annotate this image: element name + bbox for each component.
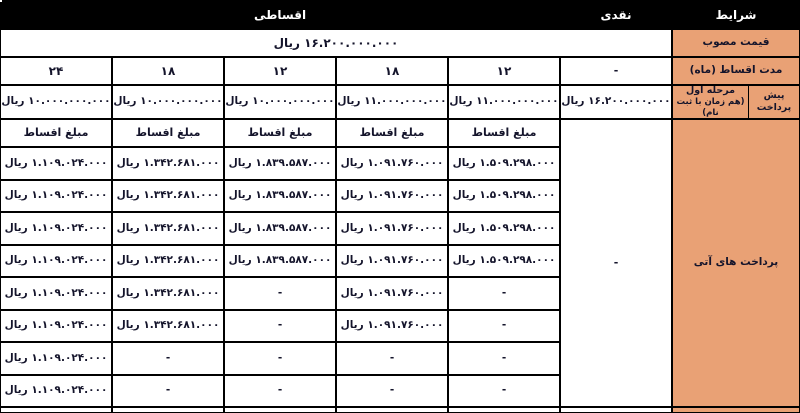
installment-value: ۱.۳۴۲.۶۸۱.۰۰۰ ریال <box>110 212 222 245</box>
duration-label: مدت اقساط (ماه) <box>670 57 798 85</box>
installment-value: ۱.۰۹۱.۷۶۰.۰۰۰ ریال <box>334 277 446 310</box>
installment-value: ۱.۰۹۱.۷۶۰.۰۰۰ ریال <box>334 310 446 343</box>
installment-value: - <box>334 375 446 408</box>
installment-value: - <box>222 277 334 310</box>
installment-value: ۱.۱۰۹.۰۲۴.۰۰۰ ریال <box>0 375 110 408</box>
duration-cash-value: - <box>558 57 670 85</box>
future-payments-label: پرداخت های آتی <box>670 119 798 407</box>
installment-value: ۱.۱۰۹.۰۲۴.۰۰۰ ریال <box>0 147 110 180</box>
stage-line1: مرحله اول <box>684 85 733 97</box>
payment-terms-table: شرایط نقدی اقساطی قیمت مصوب ۱۶.۲۰۰.۰۰۰.۰… <box>0 0 800 411</box>
plan-months: ۱۸ <box>334 57 446 85</box>
down-payment-label: پیش پرداخت <box>746 86 797 118</box>
installment-value: ۱.۸۳۹.۵۸۷.۰۰۰ ریال <box>222 212 334 245</box>
next-row-stub <box>446 407 558 413</box>
installment-value: - <box>110 375 222 408</box>
next-row-stub <box>558 407 670 413</box>
installment-amount-header: مبلغ اقساط <box>334 119 446 147</box>
installment-amount-header: مبلغ اقساط <box>446 119 558 147</box>
plan-months: ۱۲ <box>446 57 558 85</box>
plan-down-payment: ۱۱.۰۰۰.۰۰۰.۰۰۰ ریال <box>334 85 446 119</box>
plan-down-payment: ۱۰.۰۰۰.۰۰۰.۰۰۰ ریال <box>0 85 110 119</box>
approved-price-value: ۱۶.۲۰۰.۰۰۰.۰۰۰ ریال <box>0 29 670 57</box>
conditions-column-header: شرایط <box>670 2 798 29</box>
installment-value: ۱.۱۰۹.۰۲۴.۰۰۰ ریال <box>0 245 110 278</box>
installment-amount-header: مبلغ اقساط <box>110 119 222 147</box>
installment-value: ۱.۳۴۲.۶۸۱.۰۰۰ ریال <box>110 277 222 310</box>
installment-value: - <box>222 342 334 375</box>
next-row-stub <box>0 407 110 413</box>
installment-value: - <box>222 310 334 343</box>
next-row-stub <box>222 407 334 413</box>
installment-value: ۱.۰۹۱.۷۶۰.۰۰۰ ریال <box>334 180 446 213</box>
installment-value: ۱.۳۴۲.۶۸۱.۰۰۰ ریال <box>110 147 222 180</box>
installment-value: ۱.۸۳۹.۵۸۷.۰۰۰ ریال <box>222 245 334 278</box>
installment-value: ۱.۳۴۲.۶۸۱.۰۰۰ ریال <box>110 180 222 213</box>
installment-value: ۱.۱۰۹.۰۲۴.۰۰۰ ریال <box>0 180 110 213</box>
installment-value: ۱.۵۰۹.۲۹۸.۰۰۰ ریال <box>446 180 558 213</box>
next-row-stub <box>110 407 222 413</box>
installment-value: ۱.۱۰۹.۰۲۴.۰۰۰ ریال <box>0 310 110 343</box>
plan-down-payment: ۱۰.۰۰۰.۰۰۰.۰۰۰ ریال <box>222 85 334 119</box>
installment-value: - <box>446 277 558 310</box>
installment-value: - <box>110 342 222 375</box>
installment-value: ۱.۵۰۹.۲۹۸.۰۰۰ ریال <box>446 212 558 245</box>
down-payment-cash-value: ۱۶.۲۰۰.۰۰۰.۰۰۰ ریال <box>558 85 670 119</box>
plan-down-payment: ۱۱.۰۰۰.۰۰۰.۰۰۰ ریال <box>446 85 558 119</box>
stage-line2: (هم زمان با ثبت نام) <box>671 97 746 118</box>
plan-months: ۱۲ <box>222 57 334 85</box>
installment-value: ۱.۳۴۲.۶۸۱.۰۰۰ ریال <box>110 310 222 343</box>
installment-value: - <box>446 342 558 375</box>
installment-value: ۱.۱۰۹.۰۲۴.۰۰۰ ریال <box>0 212 110 245</box>
installment-value: ۱.۳۴۲.۶۸۱.۰۰۰ ریال <box>110 245 222 278</box>
down-payment-label-cell: پیش پرداخت مرحله اول (هم زمان با ثبت نام… <box>670 85 798 119</box>
cash-section-header: نقدی <box>558 2 670 29</box>
next-section-stub <box>670 407 798 413</box>
installment-value: - <box>446 375 558 408</box>
installment-value: - <box>334 342 446 375</box>
next-row-stub <box>334 407 446 413</box>
installment-value: ۱.۰۹۱.۷۶۰.۰۰۰ ریال <box>334 212 446 245</box>
approved-price-label: قیمت مصوب <box>670 29 798 57</box>
plan-months: ۱۸ <box>110 57 222 85</box>
installment-amount-header: مبلغ اقساط <box>0 119 110 147</box>
installment-value: ۱.۱۰۹.۰۲۴.۰۰۰ ریال <box>0 277 110 310</box>
installment-value: ۱.۱۰۹.۰۲۴.۰۰۰ ریال <box>0 342 110 375</box>
installment-value: - <box>222 375 334 408</box>
installment-value: ۱.۵۰۹.۲۹۸.۰۰۰ ریال <box>446 147 558 180</box>
installment-value: ۱.۸۳۹.۵۸۷.۰۰۰ ریال <box>222 147 334 180</box>
plan-down-payment: ۱۰.۰۰۰.۰۰۰.۰۰۰ ریال <box>110 85 222 119</box>
future-payments-cash-value: - <box>558 119 670 407</box>
installment-section-header: اقساطی <box>0 2 558 29</box>
installment-value: - <box>446 310 558 343</box>
installment-value: ۱.۰۹۱.۷۶۰.۰۰۰ ریال <box>334 147 446 180</box>
installment-value: ۱.۵۰۹.۲۹۸.۰۰۰ ریال <box>446 245 558 278</box>
plan-months: ۲۴ <box>0 57 110 85</box>
installment-amount-header: مبلغ اقساط <box>222 119 334 147</box>
down-payment-stage-label: مرحله اول (هم زمان با ثبت نام) <box>671 86 746 118</box>
installment-value: ۱.۰۹۱.۷۶۰.۰۰۰ ریال <box>334 245 446 278</box>
installment-value: ۱.۸۳۹.۵۸۷.۰۰۰ ریال <box>222 180 334 213</box>
